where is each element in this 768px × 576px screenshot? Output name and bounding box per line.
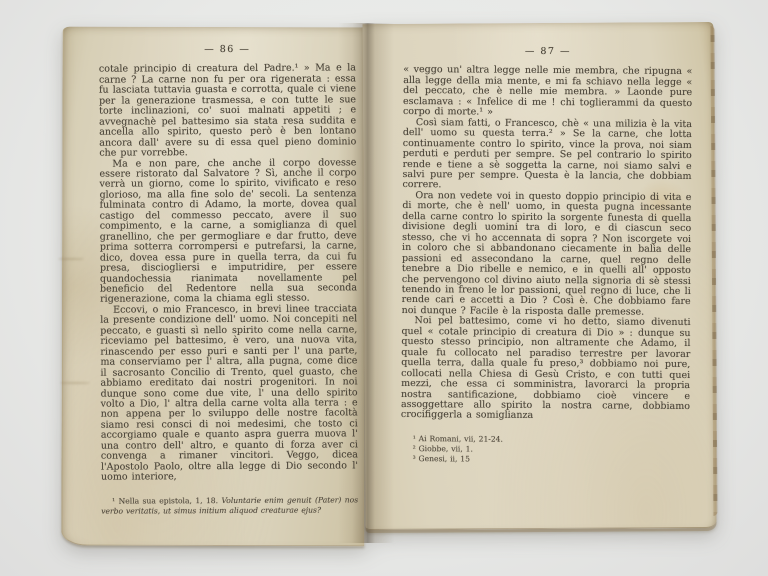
left-page-number: — 86 — <box>99 44 356 56</box>
paragraph: Ma e non pare, che anche il corpo dovess… <box>99 158 357 306</box>
left-page-text: — 86 — cotale principio di creatura del … <box>99 44 358 516</box>
paragraph: Così siam fatti, o Francesco, chè « una … <box>402 118 692 193</box>
right-page-text: — 87 — « veggo un' altra legge nelle mie… <box>401 46 693 466</box>
footnotes: ¹ Ai Romani, vii, 21-24. ² Giobbe, vii, … <box>401 434 690 466</box>
footnote-reference: Nella sua epistola, 1, 18. <box>119 496 218 506</box>
paragraph: Ora non vedete voi in questo doppio prin… <box>402 191 692 318</box>
footnote: ¹ Nella sua epistola, 1, 18. Voluntarie … <box>101 495 358 516</box>
page-edge-ridge <box>60 382 90 384</box>
paragraph: Noi pel battesimo, come vi ho detto, sia… <box>401 316 691 423</box>
paragraph: Eccovi, o mio Francesco, in brevi linee … <box>100 304 358 483</box>
open-book: — 86 — cotale principio di creatura del … <box>0 0 768 576</box>
photo-background: — 86 — cotale principio di creatura del … <box>0 0 768 576</box>
footnote-marker: ¹ <box>112 496 115 505</box>
page-edge-ridge <box>58 258 84 260</box>
paragraph: « veggo un' altra legge nelle mie membra… <box>403 65 692 119</box>
paragraph: cotale principio di creatura del Padre.¹… <box>99 64 356 159</box>
right-page-number: — 87 — <box>403 46 692 58</box>
footnote: ³ Genesi, ii, 15 <box>401 454 690 466</box>
